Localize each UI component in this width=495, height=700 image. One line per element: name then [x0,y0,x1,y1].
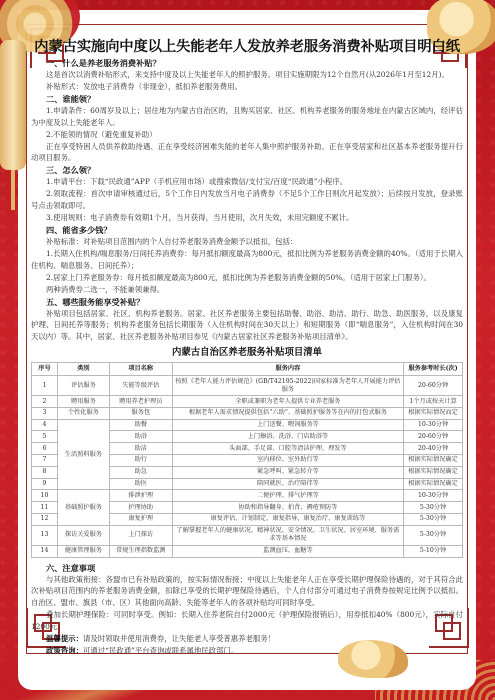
paragraph: 1.长期入住机构/喘息服务/日间托养消费券：每月抵扣额度最高为800元，抵扣比例… [31,248,463,272]
cell-no: 3 [32,407,58,419]
paragraph: 1.申请平台：下载“民政通”APP（手机应用市场）或搜索微信/支付宝/百度“民政… [31,176,463,188]
table-header-row: 序号 类别 项目名称 服务内容 服务参考时长(次) [32,363,463,376]
cell-content: 紧急呼叫、紧急转介等 [172,466,403,478]
cell-item: 助餐 [109,419,172,431]
cell-duration: 根据实际情况确定 [404,478,463,490]
cell-item: 助浴 [109,431,172,443]
cell-duration: 根据实际情况确定 [404,466,463,478]
paragraph: 这是首次以消费补贴形式，来支持中度及以上失能老年人的照护服务。项目实施期限为12… [31,69,463,81]
cell-duration: 10-30分钟 [404,490,463,502]
cell-no: 12 [32,513,58,525]
subsidy-items-table: 序号 类别 项目名称 服务内容 服务参考时长(次) 1 评估服务 失能等级评估 … [31,362,463,557]
paragraph: 2.领取流程：首次申请审核通过后，5个工作日内发放当月电子消费券（不足5个工作日… [31,188,463,212]
cell-content: 室内移位、室外助行等 [172,455,403,467]
cell-content: 监测血压、血糖等 [172,545,403,557]
lantern-tassel-icon [11,170,15,210]
paragraph: 两种消费券二选一，不能兼领兼得。 [31,284,463,296]
table-row: 3 个性化服务 服务包 根据老年人需求情况提供包括“六助”、基础照护服务等在内的… [32,407,463,419]
cell-content: 根据老年人需求情况提供包括“六助”、基础照护服务等在内的打包式服务 [172,407,403,419]
cell-item: 上门探访 [109,525,172,545]
cell-no: 7 [32,455,58,467]
paragraph: 补贴形式：发放电子消费券（非现金），抵扣养老服务费用。 [31,81,463,93]
tip-text: 请及时领取并使用消费券，让失能老人享受普惠养老服务！ [83,634,275,643]
section-how: 三、怎么领？ 1.申请平台：下载“民政通”APP（手机应用市场）或搜索微信/支付… [31,164,463,224]
section-heading: 五、哪些服务能享受补贴？ [31,296,463,308]
cell-item: 聘用养老护理员 [109,396,172,408]
cell-no: 8 [32,466,58,478]
cell-duration: 20-60分钟 [404,431,463,443]
header-category: 类别 [57,363,109,376]
cell-duration: 5-30分钟 [404,513,463,525]
paragraph: 1.申请条件：60周岁及以上；居住地为内蒙古自治区的，且购买居家、社区、机构养老… [31,105,463,129]
section-notes: 六、注意事项 与其他政策衔接：各盟市已有补贴政策的，按实际情况衔接；中度以上失能… [31,562,463,657]
paragraph: 补贴项目包括居家、社区、机构养老服务。居家、社区养老服务主要包括助餐、助浴、助洁… [31,308,463,344]
cell-content: 康复评估、计划制定、康复指导、康复治疗、康复训练等 [172,513,403,525]
section-heading: 一、什么是养老服务消费补贴？ [31,57,463,69]
cell-category: 个性化服务 [57,407,109,419]
paragraph: 2.居家上门养老服务券：每月抵扣额度最高为800元，抵扣比例为养老服务消费金额的… [31,272,463,284]
consult-text: 可通过“民政通”平台查询或联系属地民政部门。 [83,646,238,655]
cell-content: 二便护理、排气护理等 [172,490,403,502]
table-title: 内蒙古自治区养老服务补贴项目清单 [31,347,463,359]
section-services: 五、哪些服务能享受补贴？ 补贴项目包括居家、社区、机构养老服务。居家、社区养老服… [31,296,463,344]
cell-duration: 10-30分钟 [404,419,463,431]
paragraph: 正在享受特困人员供养救助待遇、正在享受经济困难失能的老年人集中照护服务补助、正在… [31,141,463,165]
cell-content: 按照《老年人能力评估规范》(GB/T42195-2022)国家标准为老年人开展能… [172,376,403,396]
cell-no: 1 [32,376,58,396]
cell-duration: 20-60分钟 [404,376,463,396]
table-row: 10 基础照护服务 排泄护理 二便护理、排气护理等 10-30分钟 [32,490,463,502]
cell-content: 陪同就医、治疗陪伴等 [172,478,403,490]
cell-category: 探访关爱服务 [57,525,109,545]
paragraph: 与其他政策衔接：各盟市已有补贴政策的，按实际情况衔接；中度以上失能老年人正在享受… [31,574,463,610]
cell-no: 13 [32,525,58,545]
cell-item: 助洁 [109,443,172,455]
cell-content: 协助和指导翻身、拍背、褥疮预防等 [172,502,403,514]
cell-duration: 1个月或按天计算 [404,396,463,408]
cell-item: 助行 [109,455,172,467]
cell-item: 服务包 [109,407,172,419]
consult-label: 政策咨询： [46,646,83,655]
cell-no: 5 [32,431,58,443]
cell-duration: 5-30分钟 [404,502,463,514]
cell-item: 助急 [109,466,172,478]
header-item: 项目名称 [109,363,172,376]
cell-content: 上门送餐、喂饲服务等 [172,419,403,431]
section-heading: 六、注意事项 [31,562,463,574]
paragraph: 3.使用规则：电子消费券有效期1个月，当月获得，当月使用，次月失效，未用完额度不… [31,212,463,224]
section-heading: 二、谁能领？ [31,93,463,105]
consult-line: 政策咨询：可通过“民政通”平台查询或联系属地民政部门。 [31,645,463,657]
cell-no: 11 [32,502,58,514]
cell-content: 了解掌握老年人的健康状况、精神状况、安全情况、卫生状况、居室环境、服务需求等基本… [172,525,403,545]
cell-content: 全职或兼职为老年人提供专业养老服务 [172,396,403,408]
table-row: 2 聘用服务 聘用养老护理员 全职或兼职为老年人提供专业养老服务 1个月或按天计… [32,396,463,408]
cell-content: 上门擦浴、洗浴、门店助浴等 [172,431,403,443]
cell-category: 生活照料服务 [57,419,109,490]
cell-no: 2 [32,396,58,408]
cell-duration: 根据实际情况确定 [404,455,463,467]
table-row: 4 生活照料服务 助餐 上门送餐、喂饲服务等 10-30分钟 [32,419,463,431]
header-content: 服务内容 [172,363,403,376]
cell-category: 评估服务 [57,376,109,396]
header-no: 序号 [32,363,58,376]
cell-duration: 根据实际情况而定 [404,407,463,419]
cell-item: 康复护理 [109,513,172,525]
cell-no: 10 [32,490,58,502]
cell-category: 基础照护服务 [57,490,109,525]
table-row: 1 评估服务 失能等级评估 按照《老年人能力评估规范》(GB/T42195-20… [32,376,463,396]
cell-no: 9 [32,478,58,490]
cell-no: 6 [32,443,58,455]
cell-category: 聘用服务 [57,396,109,408]
cell-duration: 5-10分钟 [404,545,463,557]
cell-no: 4 [32,419,58,431]
cell-duration: 20-40分钟 [404,443,463,455]
cell-item: 排泄护理 [109,490,172,502]
cell-duration: 5-30分钟 [404,525,463,545]
table-row: 13 探访关爱服务 上门探访 了解掌握老年人的健康状况、精神状况、安全情况、卫生… [32,525,463,545]
document-content: 内蒙古实施向中度以上失能老年人发放养老服务消费补贴项目明白纸 一、什么是养老服务… [31,38,463,657]
header-duration: 服务参考时长(次) [404,363,463,376]
section-heading: 三、怎么领？ [31,164,463,176]
tip-label: 温馨提示： [46,634,83,643]
section-heading: 四、能省多少钱？ [31,224,463,236]
section-who: 二、谁能领？ 1.申请条件：60周岁及以上；居住地为内蒙古自治区的，且购买居家、… [31,93,463,165]
cell-item: 护理协助 [109,502,172,514]
cell-item: 失能等级评估 [109,376,172,396]
section-savings: 四、能省多少钱？ 补贴标准：对补贴项目范围内的个人自付养老服务消费金额予以抵扣，… [31,224,463,296]
section-what: 一、什么是养老服务消费补贴？ 这是首次以消费补贴形式，来支持中度及以上失能老年人… [31,57,463,93]
cell-no: 14 [32,545,58,557]
cell-content: 头面部、手足部、口腔等清洁护理、理发等 [172,443,403,455]
paragraph: 2.不能领的情况（避免重复补助） [31,129,463,141]
table-row: 14 健康管理服务 常规生理指数监测 监测血压、血糖等 5-10分钟 [32,545,463,557]
cell-category: 健康管理服务 [57,545,109,557]
paragraph: 叠加长期护理保险：可同时享受。例如：长期入住养老院自付2000元（护理保险报销后… [31,609,463,633]
lantern-body-icon [0,40,26,170]
cell-item: 常规生理指数监测 [109,545,172,557]
cell-item: 助医 [109,478,172,490]
tip-line: 温馨提示：请及时领取并使用消费券，让失能老人享受普惠养老服务！ [31,633,463,645]
paragraph: 补贴标准：对补贴项目范围内的个人自付养老服务消费金额予以抵扣，包括： [31,236,463,248]
page-title: 内蒙古实施向中度以上失能老年人发放养老服务消费补贴项目明白纸 [31,38,463,56]
